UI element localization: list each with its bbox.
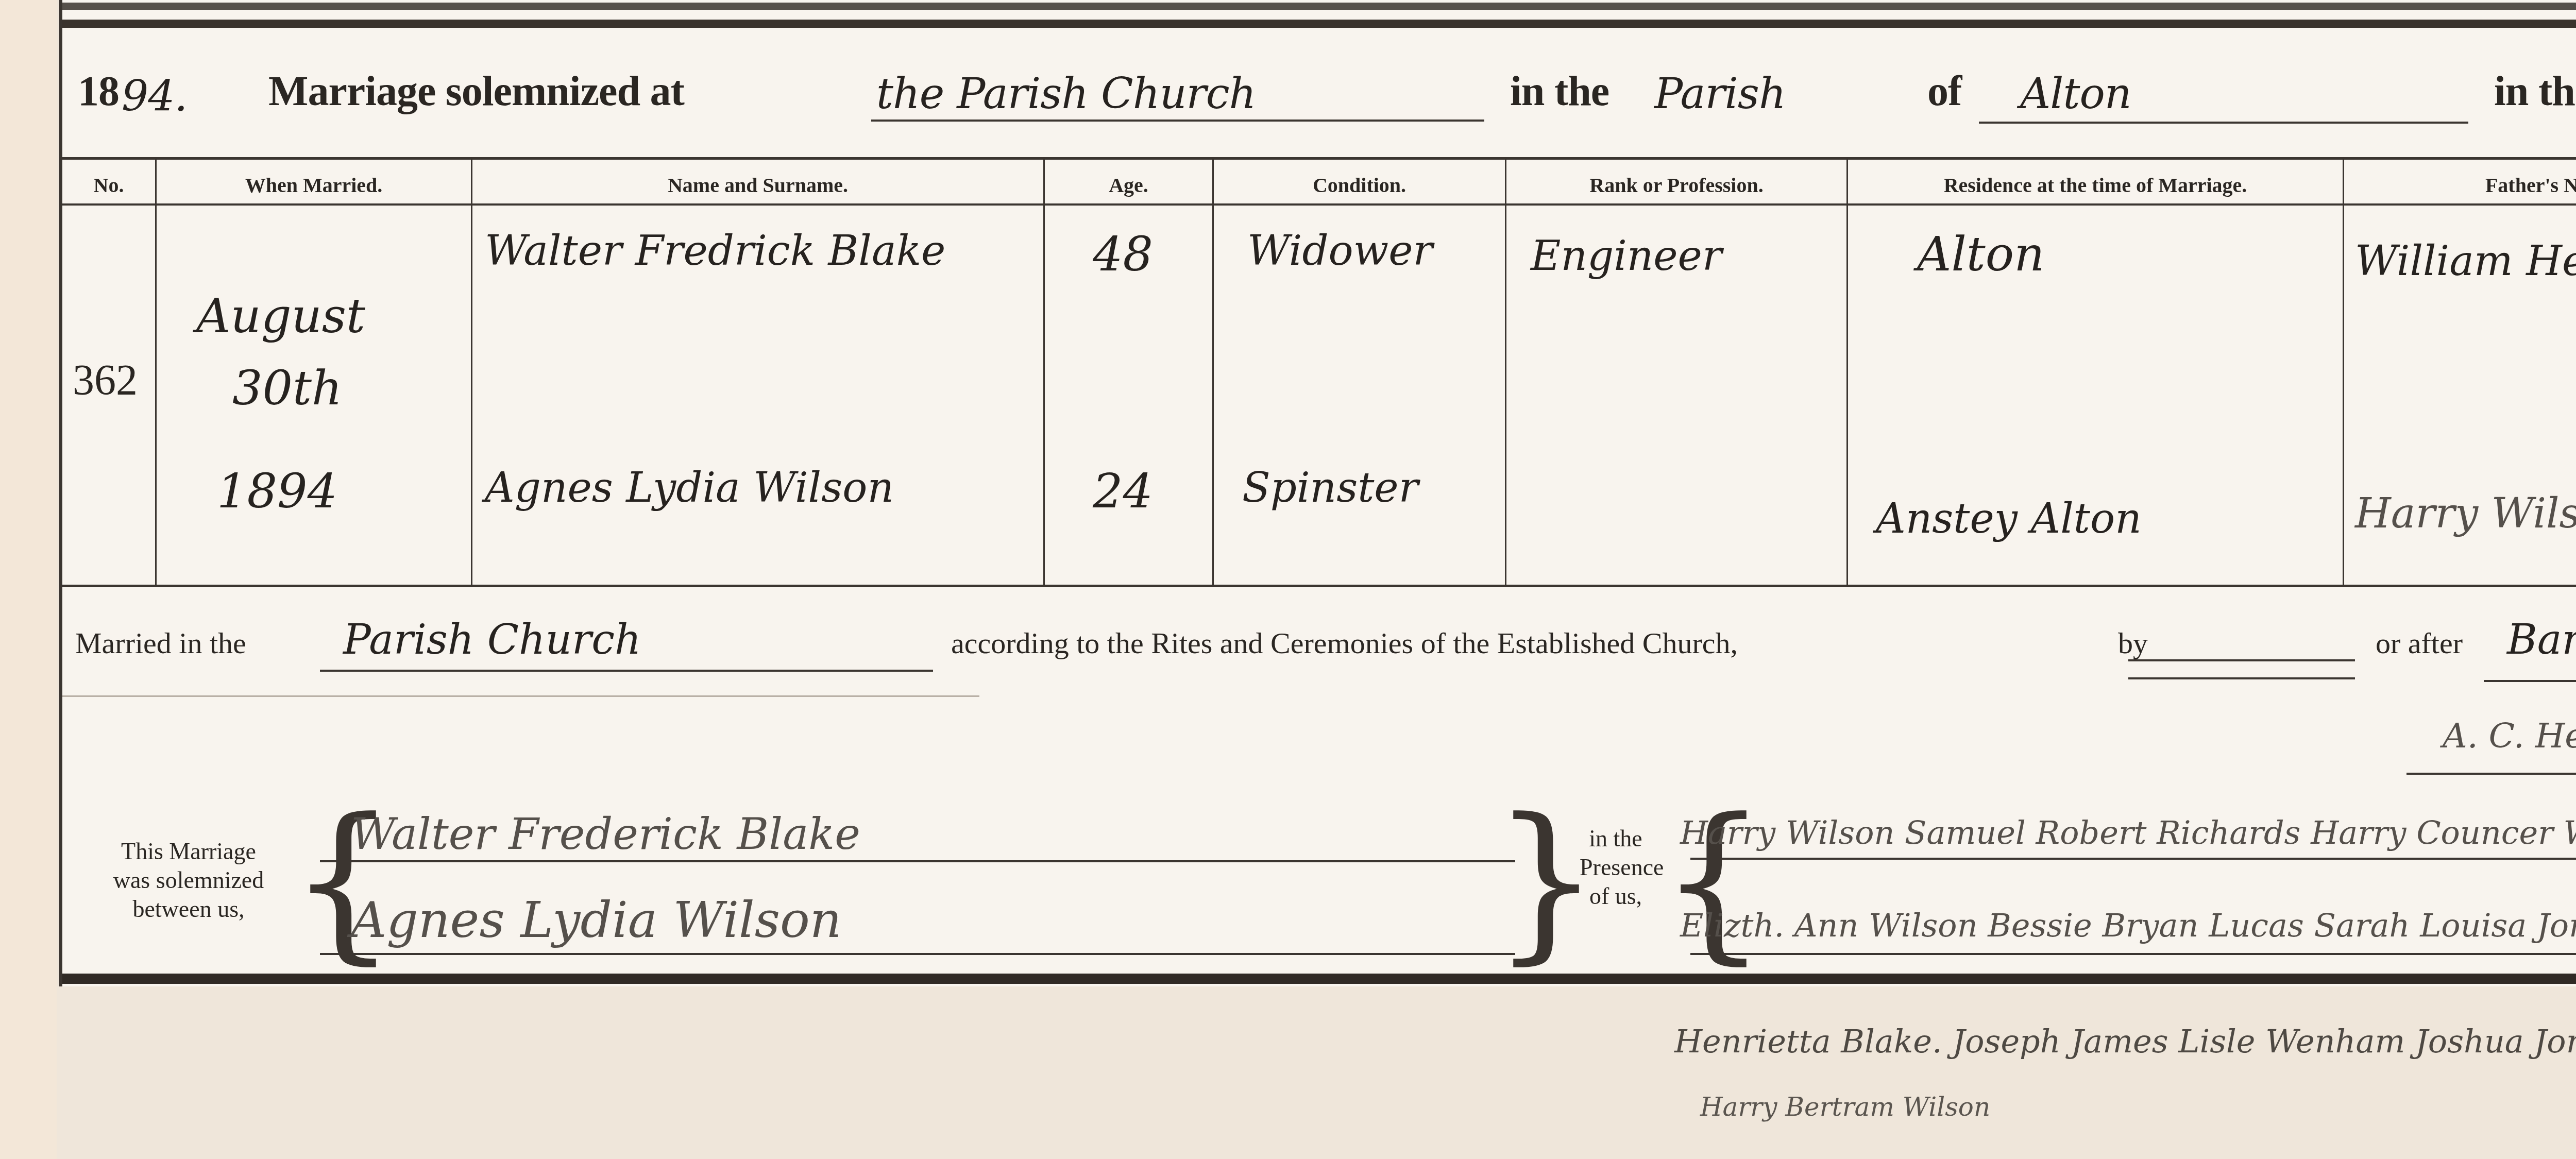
in-the-label: in the [1510,67,1609,115]
top-border-rules [62,0,2576,31]
date-month: August [196,288,365,344]
faint-separator [62,695,979,697]
form-bottom-rule [62,974,2576,984]
groom-residence: Alton [1917,227,2044,282]
married-in-label: Married in the [75,626,246,660]
register-title-line: 18 94. Marriage solemnized at the Parish… [73,67,2576,124]
col-header-age: Age. [1045,167,1212,203]
witness-line-2-rule [1690,953,2576,955]
county-label: in the County of [2494,67,2576,115]
or-after-value: Banns [2507,616,2576,663]
column-divider [471,157,472,585]
col-header-residence: Residence at the time of Marriage. [1848,167,2343,203]
groom-profession: Engineer [1531,232,1722,280]
groom-name: Walter Fredrick Blake [485,227,945,275]
witness-line-1: Harry Wilson Samuel Robert Richards Harr… [1680,814,2576,851]
by-label: by [2118,626,2148,660]
bride-signature: Agnes Lydia Wilson [351,891,842,949]
title-text: Marriage solemnized at [268,67,684,115]
bride-condition: Spinster [1242,464,1418,512]
officiant-fill-line [2406,773,2576,775]
presence-label: in the Presence of us, [1580,824,1652,911]
parish-label: Parish [1654,70,1786,118]
or-after-label: or after [2376,626,2463,660]
page-margin-left [0,0,57,1159]
entry-bottom-rule [62,585,2576,587]
col-header-no: No. [62,167,155,203]
date-day: 30th [232,361,342,416]
header-top-rule [62,157,2576,160]
parish-name: Alton [2020,70,2131,118]
marriage-register-form: 18 94. Marriage solemnized at the Parish… [59,0,2576,986]
groom-condition: Widower [1247,227,1433,275]
column-divider [1212,157,1214,585]
married-in-fill-line [320,670,933,672]
year-prefix: 18 [78,67,119,115]
entry-number: 362 [73,355,138,405]
column-divider [1846,157,1848,585]
col-header-when-married: When Married. [157,167,471,203]
column-divider [155,157,157,585]
rites-text: according to the Rites and Ceremonies of… [951,626,1738,660]
solemnized-between-label: This Marriage was solemnized between us, [75,837,302,924]
column-divider [2343,157,2344,585]
extra-witnesses-line-1: Henrietta Blake. Joseph James Lisle Wenh… [1674,1022,2576,1060]
col-header-profession: Rank or Profession. [1506,167,1846,203]
married-in-value: Parish Church [343,616,641,663]
parish-fill-line [1979,122,2468,124]
bride-signature-line [320,953,1515,955]
groom-age: 48 [1093,227,1153,282]
col-header-condition: Condition. [1214,167,1505,203]
col-header-father-name: Father's Name and Surname. [2344,167,2576,203]
header-bottom-rule [62,203,2576,206]
by-fill-line [2128,677,2355,679]
col-header-name: Name and Surname. [472,167,1043,203]
groom-father-name: William Henry Blake [2355,237,2576,285]
bride-father-name: Harry Wilson [2355,489,2576,537]
column-divider [1043,157,1045,585]
by-fill-strike [2128,659,2355,661]
of-label: of [1927,67,1961,115]
year-suffix: 94. [122,72,187,121]
groom-signature-line [320,860,1515,862]
groom-signature: Walter Frederick Blake [351,809,860,859]
or-after-fill-line [2484,680,2576,682]
witness-line-1-rule [1690,858,2576,860]
bride-residence: Anstey Alton [1876,495,2142,542]
place-fill-line [871,120,1484,122]
bride-name: Agnes Lydia Wilson [485,464,894,512]
column-divider [1505,157,1506,585]
officiant-signature: A. C. Hervey Rector of Hartley Mauditt [2443,716,2576,756]
bride-age: 24 [1093,464,1153,519]
date-year: 1894 [217,464,337,519]
church-name: the Parish Church [876,70,1256,118]
witness-line-2: Elizth. Ann Wilson Bessie Bryan Lucas Sa… [1680,907,2576,944]
extra-witnesses-line-2: Harry Bertram Wilson [1700,1092,1990,1122]
